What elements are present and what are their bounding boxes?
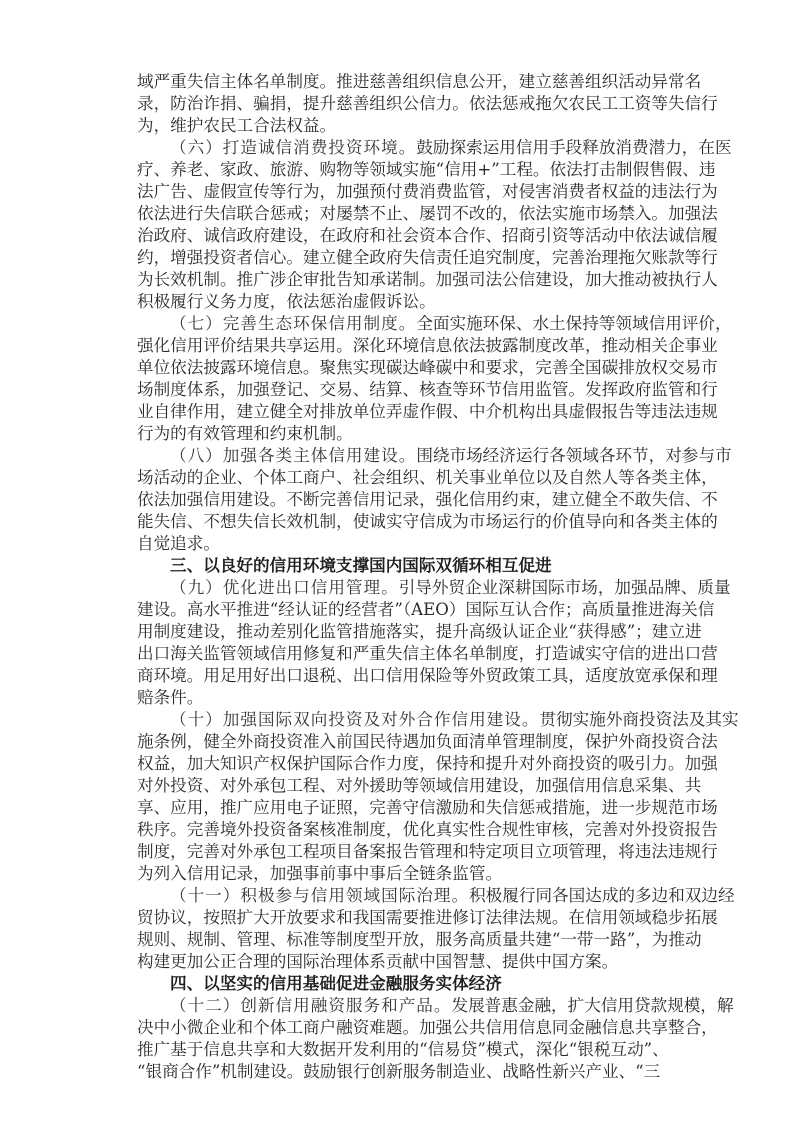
paragraph-line: 制度，完善对外承包工程项目备案报告管理和特定项目立项管理，将违法违规行 [137, 841, 660, 863]
line-text: 对外投资、对外承包工程、对外援助等领域信用建设，加强信用信息采集、共 [137, 776, 701, 795]
paragraph-line: 为列入信用记录，加强事前事中事后全链条监管。 [137, 863, 660, 885]
paragraph-line: 域严重失信主体名单制度。推进慈善组织信息公开，建立慈善组织活动异常名 [137, 71, 660, 93]
line-text: 施条例，健全外商投资准入前国民待遇加负面清单管理制度，保护外商投资合法 [137, 732, 718, 751]
line-text: 全面实施环保、水土保持等领域信用评价， [416, 314, 731, 333]
paragraph-line: 规则、规制、管理、标准等制度型开放，服务高质量共建“一带一路”，为推动 [137, 929, 660, 951]
subsection-title: （八）加强各类主体信用建设。 [170, 446, 416, 465]
paragraph-line: 秩序。完善境外投资备案核准制度，优化真实性合规性审核，完善对外投资报告 [137, 819, 660, 841]
line-text: 业自律作用，建立健全对排放单位弄虚作假、中介机构出具虚假报告等违法违规 [137, 402, 718, 421]
subsection-title: （九）优化进出口信用管理。 [170, 578, 399, 597]
paragraph-line: （十二）创新信用融资服务和产品。发展普惠金融，扩大信用贷款规模，解 [137, 995, 660, 1017]
line-text: 秩序。完善境外投资备案核准制度，优化真实性合规性审核，完善对外投资报告 [137, 820, 718, 839]
paragraph-line: 场制度体系，加强登记、交易、结算、核查等环节信用监管。发挥政府监管和行 [137, 379, 660, 401]
paragraph-line: 单位依法披露环境信息。聚焦实现碳达峰碳中和要求，完善全国碳排放权交易市 [137, 357, 660, 379]
line-text: 贯彻实施外商投资法及其实 [539, 710, 738, 729]
section-heading: 四、以坚实的信用基础促进金融服务实体经济 [137, 973, 660, 995]
paragraph-line: 出口海关监管领域信用修复和严重失信主体名单制度，打造诚实守信的进出口营 [137, 643, 660, 665]
line-text: 治政府、诚信政府建设，在政府和社会资本合作、招商引资等活动中依法诚信履 [137, 226, 718, 245]
line-text: 为，维护农民工合法权益。 [137, 116, 336, 135]
line-text: 单位依法披露环境信息。聚焦实现碳达峰碳中和要求，完善全国碳排放权交易市 [137, 358, 718, 377]
line-text: 商环境。用足用好出口退税、出口信用保险等外贸政策工具，适度放宽承保和理 [137, 666, 718, 685]
subsection-title: （十一）积极参与信用领域国际治理。 [170, 886, 469, 905]
line-text: 能失信、不想失信长效机制，使诚实守信成为市场运行的价值导向和各类主体的 [137, 512, 718, 531]
line-text: 自觉追求。 [137, 534, 220, 553]
paragraph-line: 依法进行失信联合惩戒；对屡禁不止、屡罚不改的，依法实施市场禁入。加强法 [137, 203, 660, 225]
paragraph-line: 赔条件。 [137, 687, 660, 709]
paragraph-line: 积极履行义务力度，依法惩治虚假诉讼。 [137, 291, 660, 313]
line-text: 录，防治诈捐、骗捐，提升慈善组织公信力。依法惩戒拖欠农民工工资等失信行 [137, 94, 718, 113]
line-text: 赔条件。 [137, 688, 203, 707]
paragraph-line: （六）打造诚信消费投资环境。鼓励探索运用信用手段释放消费潜力，在医 [137, 137, 660, 159]
paragraph-line: 享、应用，推广应用电子证照，完善守信激励和失信惩戒措施，进一步规范市场 [137, 797, 660, 819]
paragraph-line: 强化信用评价结果共享运用。深化环境信息依法披露制度改革，推动相关企事业 [137, 335, 660, 357]
line-text: 行为的有效管理和约束机制。 [137, 424, 353, 443]
line-text: 制度，完善对外承包工程项目备案报告管理和特定项目立项管理，将违法违规行 [137, 842, 718, 861]
paragraph-line: 场活动的企业、个体工商户、社会组织、机关事业单位以及自然人等各类主体， [137, 467, 660, 489]
section-heading: 三、以良好的信用环境支撑国内国际双循环相互促进 [137, 555, 660, 577]
line-text: 积极履行义务力度，依法惩治虚假诉讼。 [137, 292, 436, 311]
line-text: 建设。高水平推进“经认证的经营者”（AEO）国际互认合作；高质量推进海关信 [137, 600, 714, 619]
line-text: 推广基于信息共享和大数据开发利用的“信易贷”模式，深化“银税互动”、 [137, 1040, 669, 1059]
subsection-title: （六）打造诚信消费投资环境。 [170, 138, 416, 157]
line-text: 出口海关监管领域信用修复和严重失信主体名单制度，打造诚实守信的进出口营 [137, 644, 718, 663]
paragraph-line: 自觉追求。 [137, 533, 660, 555]
line-text: 强化信用评价结果共享运用。深化环境信息依法披露制度改革，推动相关企事业 [137, 336, 718, 355]
paragraph-line: 行为的有效管理和约束机制。 [137, 423, 660, 445]
paragraph-line: （十一）积极参与信用领域国际治理。积极履行同各国达成的多边和双边经 [137, 885, 660, 907]
line-text: 场制度体系，加强登记、交易、结算、核查等环节信用监管。发挥政府监管和行 [137, 380, 718, 399]
line-text: 权益，加大知识产权保护国际合作力度，保持和提升对外商投资的吸引力。加强 [137, 754, 718, 773]
line-text: 决中小微企业和个体工商户融资难题。加强公共信用信息同金融信息共享整合， [137, 1018, 718, 1037]
paragraph-line: 用制度建设，推动差别化监管措施落实，提升高级认证企业“获得感”；建立进 [137, 621, 660, 643]
paragraph-line: 决中小微企业和个体工商户融资难题。加强公共信用信息同金融信息共享整合， [137, 1017, 660, 1039]
line-text: 引导外贸企业深耕国际市场，加强品牌、质量 [399, 578, 731, 597]
paragraph-line: 疗、养老、家政、旅游、购物等领域实施“信用+”工程。依法打击制假售假、违 [137, 159, 660, 181]
line-text: 享、应用，推广应用电子证照，完善守信激励和失信惩戒措施，进一步规范市场 [137, 798, 718, 817]
paragraph-line: 为，维护农民工合法权益。 [137, 115, 660, 137]
paragraph-line: 施条例，健全外商投资准入前国民待遇加负面清单管理制度，保护外商投资合法 [137, 731, 660, 753]
paragraph-line: 治政府、诚信政府建设，在政府和社会资本合作、招商引资等活动中依法诚信履 [137, 225, 660, 247]
paragraph-line: “银商合作”机制建设。鼓励银行创新服务制造业、战略性新兴产业、“三 [137, 1061, 660, 1083]
line-text: 发展普惠金融，扩大信用贷款规模，解 [452, 996, 734, 1015]
paragraph-line: 业自律作用，建立健全对排放单位弄虚作假、中介机构出具虚假报告等违法违规 [137, 401, 660, 423]
paragraph-line: 能失信、不想失信长效机制，使诚实守信成为市场运行的价值导向和各类主体的 [137, 511, 660, 533]
document-page: 域严重失信主体名单制度。推进慈善组织信息公开，建立慈善组织活动异常名录，防治诈捐… [137, 71, 660, 1083]
line-text: 构建更加公正合理的国际治理体系贡献中国智慧、提供中国方案。 [137, 952, 618, 971]
line-text: “银商合作”机制建设。鼓励银行创新服务制造业、战略性新兴产业、“三 [137, 1062, 660, 1081]
line-text: 依法进行失信联合惩戒；对屡禁不止、屡罚不改的，依法实施市场禁入。加强法 [137, 204, 718, 223]
line-text: 场活动的企业、个体工商户、社会组织、机关事业单位以及自然人等各类主体， [137, 468, 718, 487]
line-text: 为列入信用记录，加强事前事中事后全链条监管。 [137, 864, 502, 883]
paragraph-line: （七）完善生态环保信用制度。全面实施环保、水土保持等领域信用评价， [137, 313, 660, 335]
line-text: 贸协议，按照扩大开放要求和我国需要推进修订法律法规。在信用领域稳步拓展 [137, 908, 718, 927]
paragraph-line: 推广基于信息共享和大数据开发利用的“信易贷”模式，深化“银税互动”、 [137, 1039, 660, 1061]
paragraph-line: 商环境。用足用好出口退税、出口信用保险等外贸政策工具，适度放宽承保和理 [137, 665, 660, 687]
paragraph-line: 录，防治诈捐、骗捐，提升慈善组织公信力。依法惩戒拖欠农民工工资等失信行 [137, 93, 660, 115]
subsection-title: （七）完善生态环保信用制度。 [170, 314, 416, 333]
line-text: 为长效机制。推广涉企审批告知承诺制。加强司法公信建设，加大推动被执行人 [137, 270, 718, 289]
line-text: 规则、规制、管理、标准等制度型开放，服务高质量共建“一带一路”，为推动 [137, 930, 702, 949]
subsection-title: （十二）创新信用融资服务和产品。 [170, 996, 452, 1015]
line-text: 约，增强投资者信心。建立健全政府失信责任追究制度，完善治理拖欠账款等行 [137, 248, 718, 267]
paragraph-line: 建设。高水平推进“经认证的经营者”（AEO）国际互认合作；高质量推进海关信 [137, 599, 660, 621]
line-text: 围绕市场经济运行各领域各环节，对参与市 [416, 446, 731, 465]
paragraph-line: （十）加强国际双向投资及对外合作信用建设。贯彻实施外商投资法及其实 [137, 709, 660, 731]
line-text: 积极履行同各国达成的多边和双边经 [469, 886, 735, 905]
line-text: 法广告、虚假宣传等行为，加强预付费消费监管，对侵害消费者权益的违法行为 [137, 182, 718, 201]
paragraph-line: （八）加强各类主体信用建设。围绕市场经济运行各领域各环节，对参与市 [137, 445, 660, 467]
paragraph-line: 贸协议，按照扩大开放要求和我国需要推进修订法律法规。在信用领域稳步拓展 [137, 907, 660, 929]
paragraph-line: 权益，加大知识产权保护国际合作力度，保持和提升对外商投资的吸引力。加强 [137, 753, 660, 775]
paragraph-line: 对外投资、对外承包工程、对外援助等领域信用建设，加强信用信息采集、共 [137, 775, 660, 797]
line-text: 鼓励探索运用信用手段释放消费潜力，在医 [416, 138, 731, 157]
paragraph-line: 约，增强投资者信心。建立健全政府失信责任追究制度，完善治理拖欠账款等行 [137, 247, 660, 269]
line-text: 依法加强信用建设。不断完善信用记录，强化信用约束，建立健全不敢失信、不 [137, 490, 718, 509]
line-text: 域严重失信主体名单制度。推进慈善组织信息公开，建立慈善组织活动异常名 [137, 72, 701, 91]
paragraph-line: （九）优化进出口信用管理。引导外贸企业深耕国际市场，加强品牌、质量 [137, 577, 660, 599]
paragraph-line: 构建更加公正合理的国际治理体系贡献中国智慧、提供中国方案。 [137, 951, 660, 973]
paragraph-line: 依法加强信用建设。不断完善信用记录，强化信用约束，建立健全不敢失信、不 [137, 489, 660, 511]
paragraph-line: 为长效机制。推广涉企审批告知承诺制。加强司法公信建设，加大推动被执行人 [137, 269, 660, 291]
subsection-title: （十）加强国际双向投资及对外合作信用建设。 [170, 710, 539, 729]
line-text: 用制度建设，推动差别化监管措施落实，提升高级认证企业“获得感”；建立进 [137, 622, 702, 641]
line-text: 疗、养老、家政、旅游、购物等领域实施“信用+”工程。依法打击制假售假、违 [137, 160, 715, 179]
paragraph-line: 法广告、虚假宣传等行为，加强预付费消费监管，对侵害消费者权益的违法行为 [137, 181, 660, 203]
